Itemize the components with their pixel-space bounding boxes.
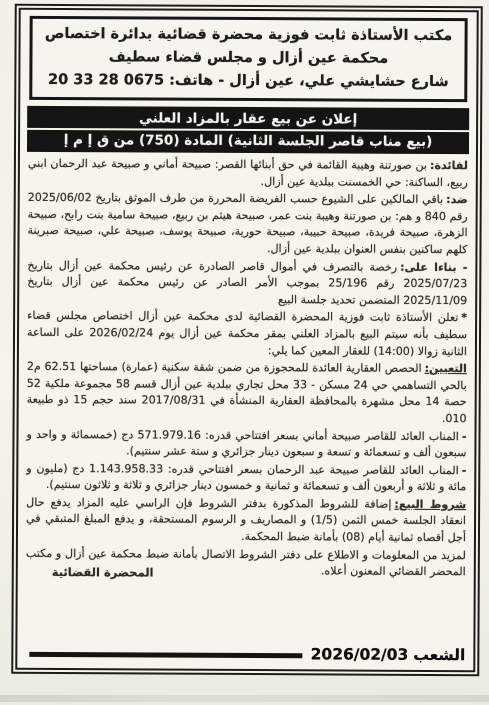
paragraph-label: شروط البيع: [394, 498, 466, 511]
scan-edge-shadow [0, 695, 489, 702]
paragraph-opening-price-1: -المناب العائد للقاصر صبيحة أماني بسعر ا… [26, 426, 466, 461]
scanned-legal-notice-page: مكتب الأستاذة ثابت فوزية محضرة قضائية بد… [0, 0, 489, 705]
newspaper-name: الشعب [413, 646, 465, 664]
paragraph-text: المناب العائد للقاصر صبيحة عبد الرحمان ب… [26, 462, 466, 494]
paragraph-against: ضد:باقي المالكين على الشيوع حسب الفريضة … [27, 190, 467, 259]
paragraph-auction-announcement: *تعلن الأستاذة ثابت فوزية المحضرة القضائ… [27, 308, 467, 360]
header-address-phone-line: شارع حشايشي علي، عين أزال - هاتف: 0675 2… [36, 69, 460, 94]
paragraph-label: ضد: [446, 193, 468, 206]
paragraph-label: التعيين: [425, 362, 467, 375]
paragraph-label: - [462, 464, 467, 477]
paragraph-label: * [461, 311, 467, 324]
announcement-subtitle-bar: (بيع مناب قاصر الجلسة الثانية) المادة (7… [27, 130, 469, 154]
paragraph-legal-basis: - بناءا على:رخصة بالتصرف في أموال قاصر ا… [27, 257, 467, 309]
newspaper-footer: الشعب 2026/02/03 [25, 640, 465, 668]
header-office-line: مكتب الأستاذة ثابت فوزية محضرة قضائية بد… [37, 23, 461, 48]
paragraph-beneficiary: لفائدة:بن صورتنة وهيبة القائمة في حق أبن… [28, 156, 468, 191]
paragraph-label: - بناءا على: [400, 260, 467, 273]
publication-date: 2026/02/03 [311, 645, 409, 664]
paragraph-opening-price-2: -المناب العائد للقاصر صبيحة عبد الرحمان … [26, 461, 466, 496]
paragraph-text: الحصص العقارية العائدة للمحجوزة من ضمن ش… [27, 360, 467, 425]
paragraph-text: بن صورتنة وهيبة القائمة في حق أبنائها ال… [28, 157, 468, 189]
bailiff-office-header-box: مكتب الأستاذة ثابت فوزية محضرة قضائية بد… [29, 16, 467, 102]
paragraph-text: المناب العائد للقاصر صبيحة أماني بسعر اف… [26, 427, 466, 459]
footer-rule [29, 651, 302, 657]
paragraph-sale-conditions: شروط البيع:إضافة للشروط المذكورة بدفتر ا… [26, 495, 466, 547]
paragraph-label: - [462, 430, 467, 443]
paragraph-text: باقي المالكين على الشيوع حسب الفريضة الم… [28, 191, 468, 256]
document-frame: مكتب الأستاذة ثابت فوزية محضرة قضائية بد… [11, 4, 483, 676]
header-court-line: محكمة عين أزال و مجلس قضاء سطيف [36, 46, 460, 71]
announcement-title-bar: إعلان عن بيع عقار بالمزاد العلني [27, 106, 469, 130]
paragraph-label: لفائدة: [430, 159, 468, 172]
notice-body: لفائدة:بن صورتنة وهيبة القائمة في حق أبن… [23, 152, 470, 640]
paragraph-property-designation: التعيين:الحصص العقارية العائدة للمحجوزة … [27, 359, 467, 428]
paragraph-text: تعلن الأستاذة ثابت فوزية المحضرة القضائي… [27, 309, 467, 357]
